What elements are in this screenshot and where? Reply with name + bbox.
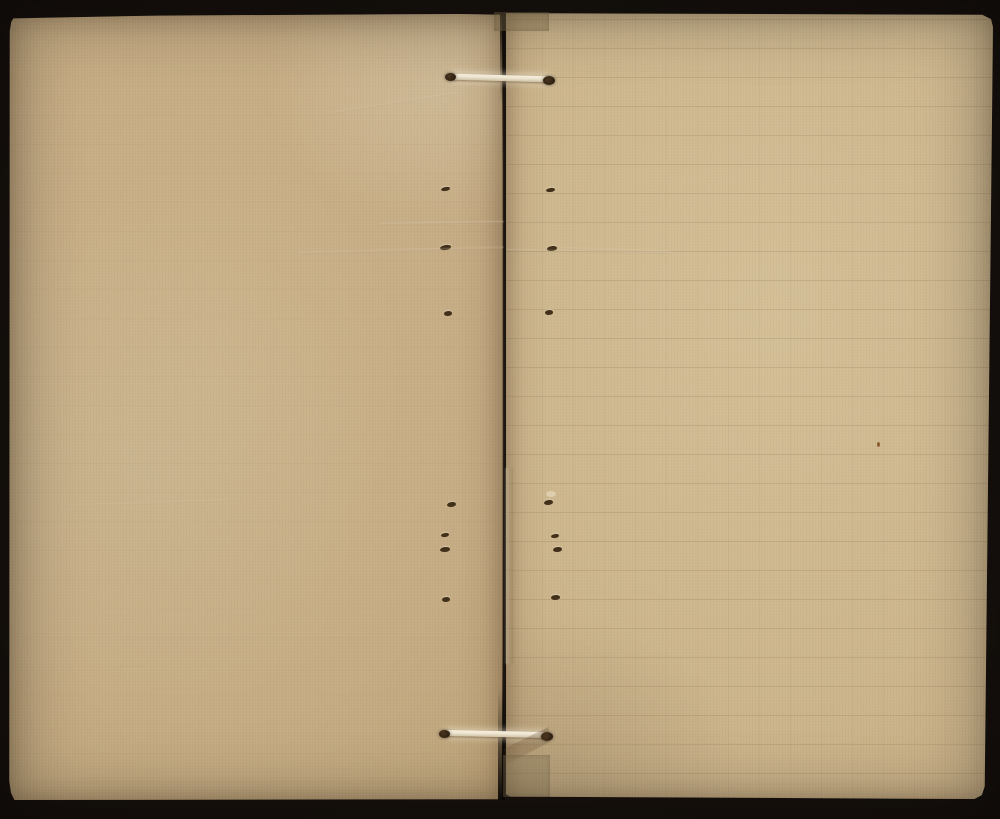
worm-hole xyxy=(545,310,553,315)
left-page-paper-texture xyxy=(9,14,503,800)
paper-speck xyxy=(546,491,556,497)
worm-hole xyxy=(442,597,450,602)
vertical-fold-crease xyxy=(505,468,514,664)
book-scan xyxy=(0,0,1000,819)
left-page-faint-rule-lines xyxy=(9,14,503,800)
tape-fragment xyxy=(494,12,549,31)
right-page xyxy=(506,12,993,799)
left-page-spine-shadow xyxy=(457,14,503,800)
binding-thread-hole xyxy=(445,73,456,81)
worm-hole xyxy=(444,311,452,316)
binding-thread-hole xyxy=(543,76,555,85)
binding-thread-hole xyxy=(439,730,450,738)
spine-gap xyxy=(502,13,504,800)
right-page-spine-shadow xyxy=(506,12,548,799)
left-page xyxy=(9,14,503,800)
tape-fragment xyxy=(503,755,550,797)
right-page-rule-lines xyxy=(506,12,993,799)
worm-hole xyxy=(551,595,560,600)
right-page-paper-texture xyxy=(506,12,993,799)
paper-speck xyxy=(877,442,880,447)
